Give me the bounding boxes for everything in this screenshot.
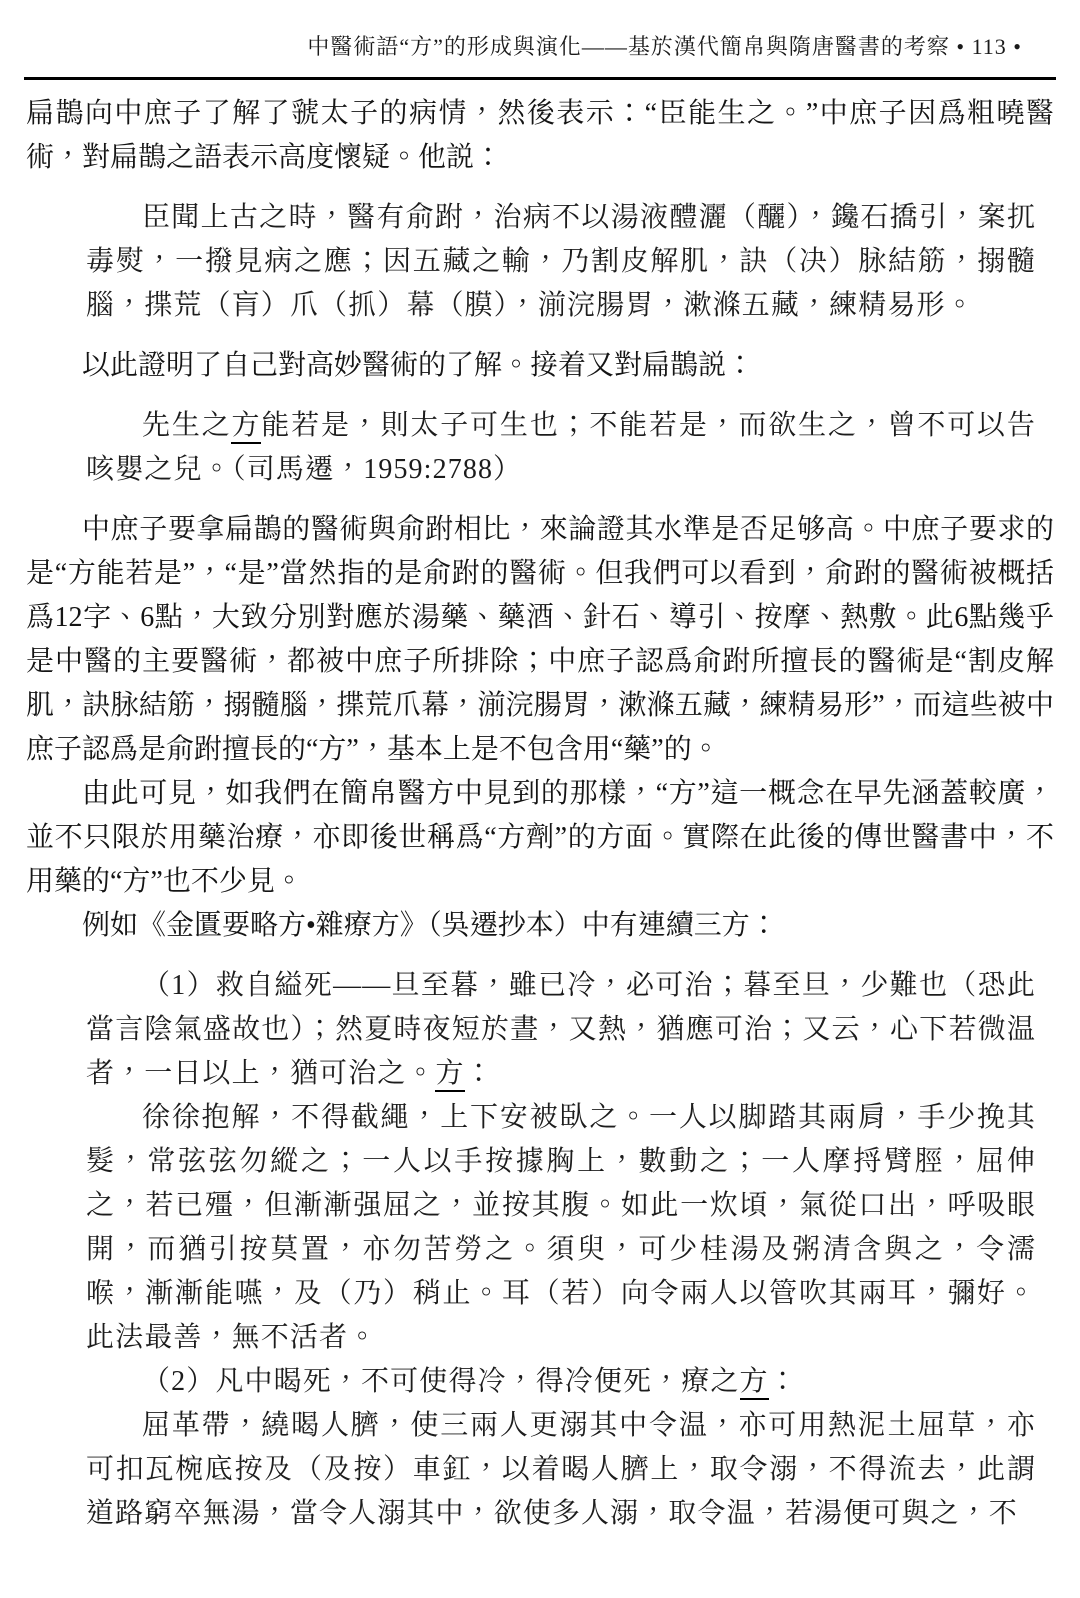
paragraph-example-intro: 例如《金匱要略方•雜療方》（吳遷抄本）中有連續三方：	[26, 904, 1054, 948]
running-header-title: 中醫術語“方”的形成與演化——基於漢代簡帛與隋唐醫書的考察	[307, 34, 950, 59]
quote-jingui-remedies: （1）救自縊死——旦至暮，雖已冷，必可治；暮至旦，少難也（恐此當言陰氣盛故也）；…	[86, 964, 1036, 1536]
paragraph-analysis: 中庶子要拿扁鵲的醫術與俞跗相比，來論證其水準是否足够高。中庶子要求的是“方能若是…	[26, 508, 1054, 772]
remedy-1-text: （1）救自縊死——旦至暮，雖已冷，必可治；暮至旦，少難也（恐此當言陰氣盛故也）；…	[86, 970, 1036, 1089]
remedy-2-text: （2）凡中暍死，不可使得冷，得冷便死，療之	[142, 1366, 740, 1397]
paragraph-proof: 以此證明了自己對高妙醫術的了解。接着又對扁鵲説：	[26, 344, 1054, 388]
quote-shiji-yufu-text: 臣聞上古之時，醫有俞跗，治病不以湯液醴灑（釃），鑱石撟引，案扤毒熨，一撥見病之應…	[86, 196, 1036, 328]
term-fang-underlined: 方	[435, 1058, 464, 1092]
page-body: 扁鵲向中庶子了解了虢太子的病情，然後表示：“臣能生之。”中庶子因爲粗曉醫術，對扁…	[0, 80, 1080, 1536]
quote-shiji-fang: 先生之方能若是，則太子可生也；不能若是，而欲生之，曾不可以告咳嬰之兒。（司馬遷，…	[86, 404, 1036, 492]
running-header: 中醫術語“方”的形成與演化——基於漢代簡帛與隋唐醫書的考察 • 113 •	[0, 0, 1080, 61]
remedy-1-body: 徐徐抱解，不得截繩，上下安被臥之。一人以脚踏其兩肩，手少挽其髮，常弦弦勿縱之；一…	[86, 1096, 1036, 1360]
quote-shiji-yufu: 臣聞上古之時，醫有俞跗，治病不以湯液醴灑（釃），鑱石撟引，案扤毒熨，一撥見病之應…	[86, 196, 1036, 328]
paragraph-intro: 扁鵲向中庶子了解了虢太子的病情，然後表示：“臣能生之。”中庶子因爲粗曉醫術，對扁…	[26, 92, 1054, 180]
remedy-1-colon: ：	[465, 1058, 494, 1089]
remedy-2-colon: ：	[769, 1366, 798, 1397]
document-page: 中醫術語“方”的形成與演化——基於漢代簡帛與隋唐醫書的考察 • 113 • 扁鵲…	[0, 0, 1080, 1598]
quote-text-pre: 先生之	[142, 410, 231, 441]
remedy-2-body: 屈革帶，繞暍人臍，使三兩人更溺其中令温，亦可用熱泥土屈草，亦可扣瓦椀底按及（及按…	[86, 1404, 1036, 1536]
page-number: • 113 •	[956, 34, 1022, 59]
term-fang-underlined: 方	[231, 410, 261, 444]
term-fang-underlined: 方	[740, 1366, 769, 1400]
remedy-1-heading: （1）救自縊死——旦至暮，雖已冷，必可治；暮至旦，少難也（恐此當言陰氣盛故也）；…	[86, 964, 1036, 1096]
remedy-2-heading: （2）凡中暍死，不可使得冷，得冷便死，療之方：	[86, 1360, 1036, 1404]
quote-shiji-fang-text: 先生之方能若是，則太子可生也；不能若是，而欲生之，曾不可以告咳嬰之兒。（司馬遷，…	[86, 404, 1036, 492]
paragraph-conclusion: 由此可見，如我們在簡帛醫方中見到的那樣，“方”這一概念在早先涵蓋較廣，並不只限於…	[26, 772, 1054, 904]
